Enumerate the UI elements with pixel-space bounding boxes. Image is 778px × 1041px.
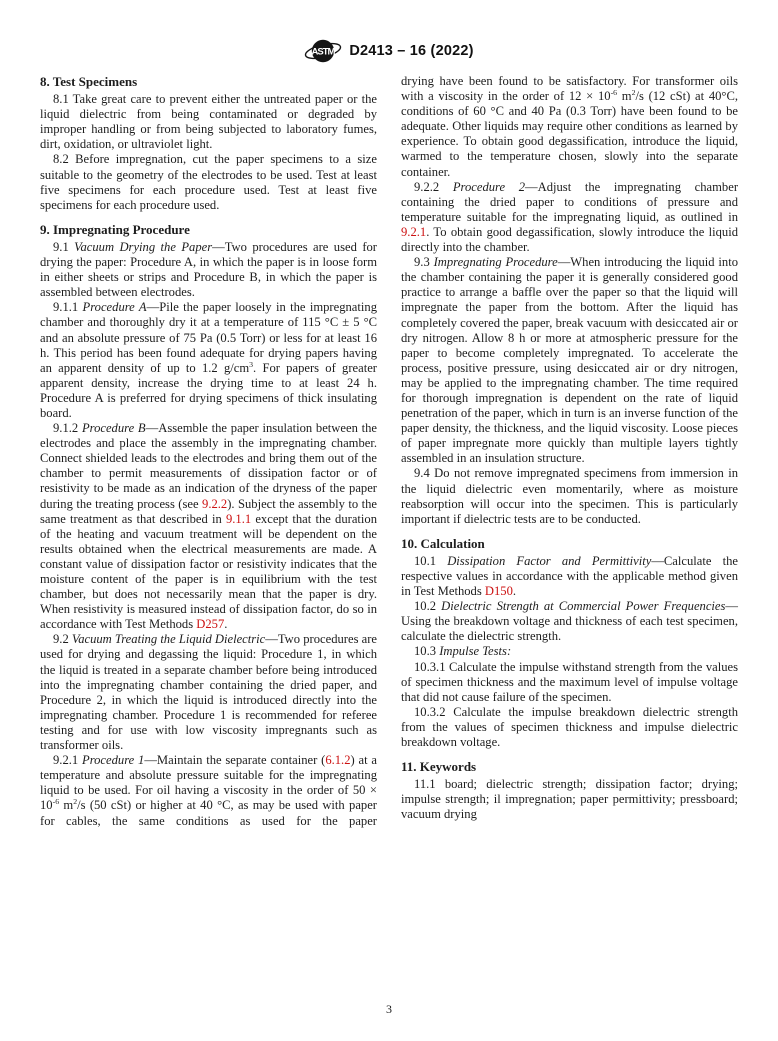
paragraph: 9.2.2 Procedure 2—Adjust the impregnatin… <box>401 180 738 255</box>
section-heading: 11. Keywords <box>401 759 738 774</box>
italic-run: Procedure A <box>83 300 147 314</box>
italic-run: Dissipation Factor and Permittivity <box>447 554 651 568</box>
page-header: ASTM D2413 – 16 (2022) <box>0 0 778 66</box>
paragraph: 10.3.2 Calculate the impulse breakdown d… <box>401 705 738 750</box>
cross-reference-link[interactable]: 9.2.1 <box>401 225 426 239</box>
paragraph: 9.3 Impregnating Procedure—When introduc… <box>401 255 738 466</box>
right-column: drying have been found to be satisfactor… <box>401 74 738 829</box>
italic-run: Impregnating Procedure <box>434 255 558 269</box>
paragraph: 9.2 Vacuum Treating the Liquid Dielectri… <box>40 632 377 753</box>
cross-reference-link[interactable]: 9.2.2 <box>202 497 227 511</box>
italic-run: Dielectric Strength at Commercial Power … <box>441 599 725 613</box>
paragraph: 11.1 board; dielectric strength; dissipa… <box>401 777 738 822</box>
page-footer: 3 <box>0 1002 778 1017</box>
document-designation: D2413 – 16 (2022) <box>349 43 473 59</box>
text-run: 2 <box>73 797 77 806</box>
text-run: -6 <box>53 797 60 806</box>
paragraph: drying have been found to be satisfactor… <box>401 74 738 180</box>
section-heading: 8. Test Specimens <box>40 74 377 89</box>
paragraph: 8.2 Before impregnation, cut the paper s… <box>40 152 377 212</box>
section-heading: 10. Calculation <box>401 536 738 551</box>
italic-run: Procedure 1 <box>82 753 144 767</box>
paragraph: 9.1 Vacuum Drying the Paper—Two procedur… <box>40 240 377 300</box>
cross-reference-link[interactable]: D257 <box>196 617 224 631</box>
section-heading: 9. Impregnating Procedure <box>40 222 377 237</box>
text-run: 3 <box>249 360 253 369</box>
astm-logo-icon: ASTM <box>304 36 342 66</box>
two-column-body: 8. Test Specimens8.1 Take great care to … <box>0 66 778 829</box>
page-number: 3 <box>386 1002 392 1016</box>
italic-run: Vacuum Treating the Liquid Dielectric <box>72 632 265 646</box>
document-page: ASTM D2413 – 16 (2022) 8. Test Specimens… <box>0 0 778 1041</box>
paragraph: 9.4 Do not remove impregnated specimens … <box>401 466 738 526</box>
text-run: -6 <box>611 88 618 97</box>
paragraph: 9.1.1 Procedure A—Pile the paper loosely… <box>40 300 377 421</box>
text-run: 2 <box>632 88 636 97</box>
left-column: 8. Test Specimens8.1 Take great care to … <box>40 74 377 829</box>
italic-run: Procedure B <box>82 421 146 435</box>
cross-reference-link[interactable]: 9.1.1 <box>226 512 251 526</box>
italic-run: Impulse Tests: <box>439 644 511 658</box>
paragraph: 9.2.1 Procedure 1—Maintain the separate … <box>40 753 377 828</box>
italic-run: Procedure 2 <box>453 180 525 194</box>
paragraph: 10.3 Impulse Tests: <box>401 644 738 659</box>
italic-run: Vacuum Drying the Paper <box>74 240 212 254</box>
cross-reference-link[interactable]: D150 <box>485 584 513 598</box>
paragraph: 8.1 Take great care to prevent either th… <box>40 92 377 152</box>
cross-reference-link[interactable]: 6.1.2 <box>325 753 350 767</box>
paragraph: 9.1.2 Procedure B—Assemble the paper ins… <box>40 421 377 632</box>
paragraph: 10.1 Dissipation Factor and Permittivity… <box>401 554 738 599</box>
paragraph: 10.2 Dielectric Strength at Commercial P… <box>401 599 738 644</box>
paragraph: 10.3.1 Calculate the impulse withstand s… <box>401 660 738 705</box>
svg-text:ASTM: ASTM <box>312 47 336 58</box>
